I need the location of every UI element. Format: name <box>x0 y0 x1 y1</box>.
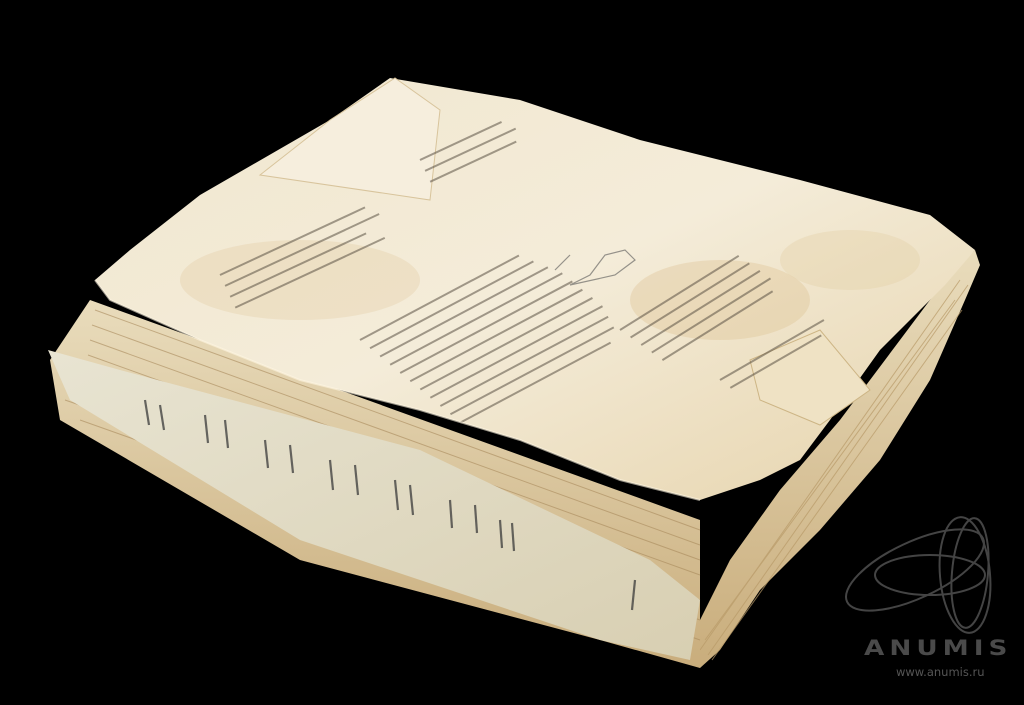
watermark-url: www.anumis.ru <box>896 665 985 679</box>
watermark-brand: ANUMIS <box>832 636 1024 660</box>
